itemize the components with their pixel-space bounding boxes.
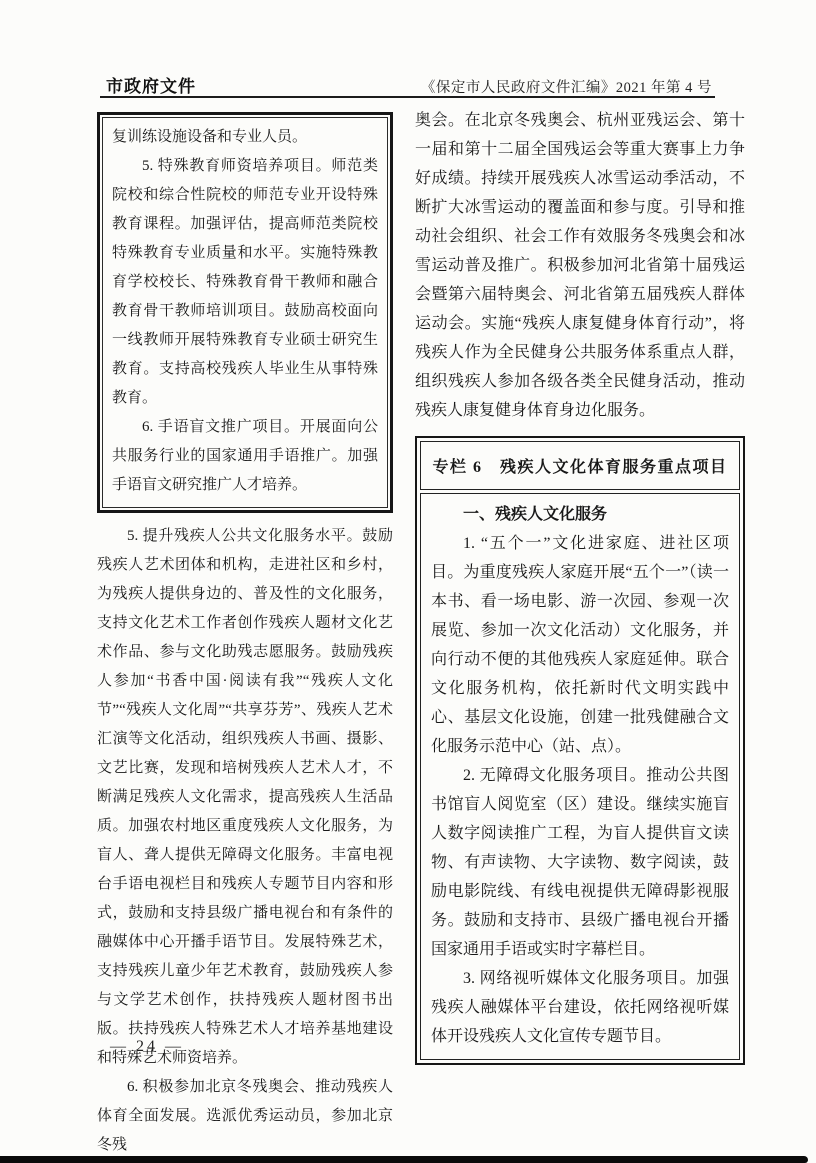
- document-page: 市政府文件 《保定市人民政府文件汇编》2021 年第 4 号 复训练设施设备和专…: [0, 0, 816, 1163]
- right-column: 奥会。在北京冬残奥会、杭州亚残运会、第十一届和第十二届全国残运会等重大赛事上力争…: [415, 106, 745, 1065]
- box-paragraph: 复训练设施设备和专业人员。: [112, 123, 378, 152]
- header-rule: [100, 96, 715, 98]
- page-number: — 24 —: [110, 1038, 184, 1056]
- panel-item: 2. 无障碍文化服务项目。推动公共图书馆盲人阅览室（区）建设。继续实施盲人数字阅…: [431, 761, 729, 964]
- body-paragraph: 5. 提升残疾人公共文化服务水平。鼓励残疾人艺术团体和机构，走进社区和乡村，为残…: [97, 522, 393, 1073]
- special-education-textbox-inner: 复训练设施设备和专业人员。 5. 特殊教育师资培养项目。师范类院校和综合性院校的…: [102, 117, 388, 508]
- scan-edge-artifact: [0, 1156, 808, 1163]
- special-education-textbox: 复训练设施设备和专业人员。 5. 特殊教育师资培养项目。师范类院校和综合性院校的…: [97, 112, 393, 513]
- left-column: 复训练设施设备和专业人员。 5. 特殊教育师资培养项目。师范类院校和综合性院校的…: [97, 112, 393, 1160]
- panel-body: 一、残疾人文化服务 1. “五个一”文化进家庭、进社区项目。为重度残疾人家庭开展…: [420, 493, 740, 1060]
- header-publication-title: 《保定市人民政府文件汇编》2021 年第 4 号: [421, 76, 712, 97]
- panel-item: 1. “五个一”文化进家庭、进社区项目。为重度残疾人家庭开展“五个一”（读一本书…: [431, 529, 729, 761]
- panel-section-heading: 一、残疾人文化服务: [431, 500, 729, 529]
- left-body-text: 5. 提升残疾人公共文化服务水平。鼓励残疾人艺术团体和机构，走进社区和乡村，为残…: [97, 522, 393, 1160]
- box-paragraph: 6. 手语盲文推广项目。开展面向公共服务行业的国家通用手语推广。加强手语盲文研究…: [112, 413, 378, 500]
- header-doc-category: 市政府文件: [106, 72, 196, 97]
- box-paragraph: 5. 特殊教育师资培养项目。师范类院校和综合性院校的师范专业开设特殊教育课程。加…: [112, 152, 378, 413]
- body-paragraph: 奥会。在北京冬残奥会、杭州亚残运会、第十一届和第十二届全国残运会等重大赛事上力争…: [415, 106, 745, 425]
- column6-panel: 专栏 6 残疾人文化体育服务重点项目 一、残疾人文化服务 1. “五个一”文化进…: [415, 436, 745, 1065]
- body-paragraph: 6. 积极参加北京冬残奥会、推动残疾人体育全面发展。选派优秀运动员，参加北京冬残: [97, 1073, 393, 1160]
- panel-title: 专栏 6 残疾人文化体育服务重点项目: [420, 441, 740, 490]
- panel-item: 3. 网络视听媒体文化服务项目。加强残疾人融媒体平台建设，依托网络视听媒体开设残…: [431, 964, 729, 1051]
